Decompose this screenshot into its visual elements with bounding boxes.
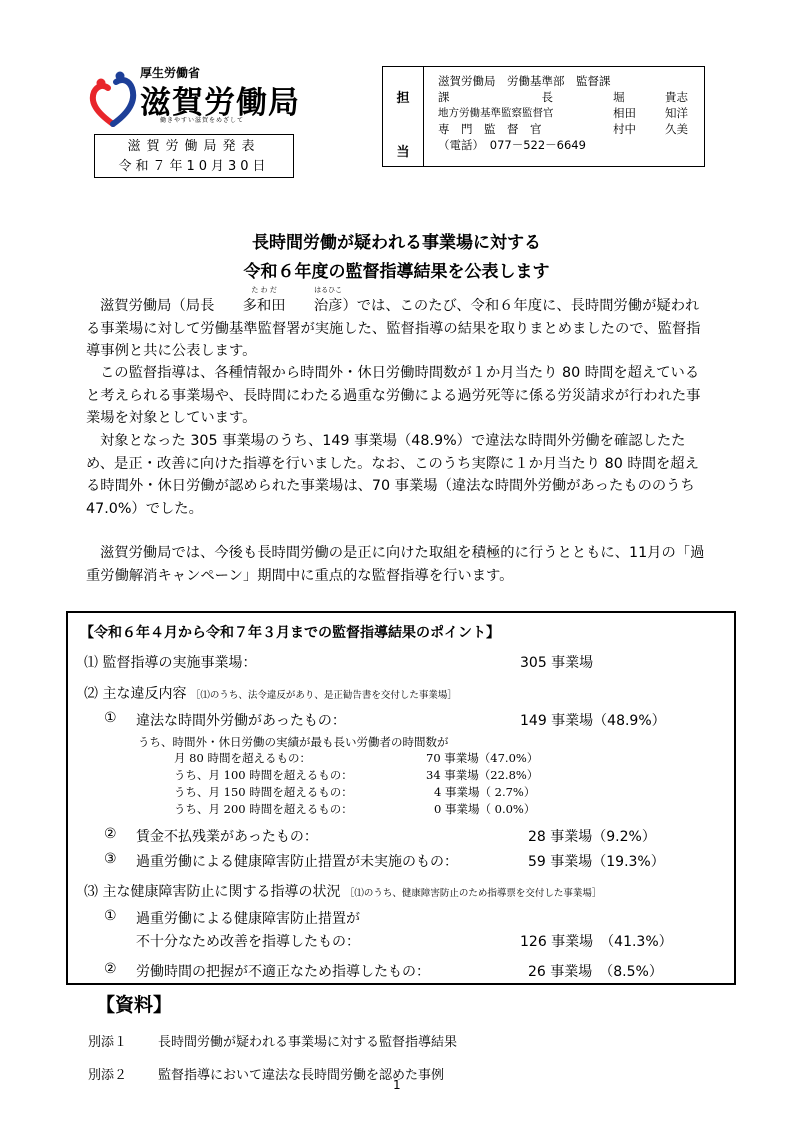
s2-sub-1-value: 70 事業場（47.0%）	[426, 750, 538, 766]
s2-sub-1-label: 月 80 時間を超えるもの：	[174, 750, 311, 766]
results-points-box: 【令和６年４月から令和７年３月までの監督指導結果のポイント】 ⑴ 監督指導の実施…	[66, 611, 736, 985]
s2-sub-2-label: うち、月 100 時間を超えるもの：	[174, 767, 353, 783]
materials-heading: 【資料】	[96, 990, 172, 1017]
contact-row: 課 長堀貴志	[438, 89, 688, 105]
s2-sub-3-label: うち、月 150 時間を超えるもの：	[174, 784, 353, 800]
s2-sub-4-label: うち、月 200 時間を超えるもの：	[174, 801, 353, 817]
paragraph-4: 滋賀労働局では、今後も長時間労働の是正に向けた取組を積極的に行うとともに、11月…	[86, 542, 708, 587]
press-date: 令和７年10月30日	[95, 157, 293, 177]
s2-item-3-label: 過重労働による健康障害防止措置が未実施のもの：	[136, 851, 458, 871]
contact-box: 担 当 滋賀労働局 労働基準部 監督課 課 長堀貴志 地方労働基準監察監督官相田…	[382, 66, 705, 167]
press-release-box: 滋賀労働局発表 令和７年10月30日	[94, 134, 294, 178]
s2-item-1-value: 149 事業場（48.9%）	[520, 710, 666, 730]
attachment-2-title: 監督指導において違法な長時間労働を認めた事例	[158, 1064, 444, 1083]
ruby-haruhiko: はるひこ	[300, 286, 343, 294]
contact-row: 地方労働基準監察監督官相田知洋	[438, 105, 688, 121]
s3-item-1-label-2: 不十分なため改善を指導したもの：	[136, 931, 360, 951]
page-number: 1	[393, 1078, 401, 1092]
attachment-1-title: 長時間労働が疑われる事業場に対する監督指導結果	[158, 1031, 457, 1050]
s2-item-3-value: 59 事業場（19.3%）	[528, 851, 665, 871]
ruby-tawada: た わ だ	[229, 286, 286, 294]
s3-item-1-value: 126 事業場 （41.3%）	[520, 931, 673, 951]
s3-item-1-num: ①	[104, 908, 117, 924]
s3-item-2-label: 労働時間の把握が不適正なため指導したもの：	[136, 961, 430, 981]
s3-note: ［⑴のうち、健康障害防止のため指導票を交付した事業場］	[345, 888, 602, 899]
paragraph-3: 対象となった 305 事業場のうち、149 事業場（48.9%）で違法な時間外労…	[86, 430, 708, 520]
s2-item-1-num: ①	[104, 710, 117, 726]
s2-label: ⑵ 主な違反内容 ［⑴のうち、法令違反があり、是正勧告書を交付した事業場］	[84, 683, 457, 703]
s2-item-2-num: ②	[104, 826, 117, 842]
s2-sub-3-value: 4 事業場（ 2.7%）	[434, 784, 535, 800]
s2-item-1-label: 違法な時間外労働があったもの：	[136, 710, 346, 730]
points-heading: 【令和６年４月から令和７年３月までの監督指導結果のポイント】	[80, 622, 500, 642]
s2-sub-4-value: 0 事業場（ 0.0%）	[434, 801, 535, 817]
attachment-2-id: 別添２	[88, 1064, 127, 1083]
paragraph-2: この監督指導は、各種情報から時間外・休日労働時間数が１か月当たり 80 時間を超…	[86, 362, 708, 430]
s1-label: ⑴ 監督指導の実施事業場：	[84, 652, 256, 672]
contact-row: 専 門 監 督 官村中久美	[438, 121, 688, 137]
s2-item-3-num: ③	[104, 851, 117, 867]
s2-note: ［⑴のうち、法令違反があり、是正勧告書を交付した事業場］	[191, 690, 457, 701]
s2-sub-2-value: 34 事業場（22.8%）	[426, 767, 538, 783]
s2-sub-intro: うち、時間外・休日労働の実績が最も長い労働者の時間数が	[138, 734, 449, 750]
logo-slogan: 働きやすい滋賀をめざして	[160, 115, 244, 124]
press-line-1: 滋賀労働局発表	[95, 137, 293, 157]
attachment-1-id: 別添１	[88, 1031, 127, 1050]
page-title-line-1: 長時間労働が疑われる事業場に対する	[0, 228, 793, 253]
s3-item-2-value: 26 事業場 （8.5%）	[528, 961, 663, 981]
paragraph-1: 滋賀労働局（局長 た わ だ多和田 はるひこ治彦）では、このたび、令和６年度に、…	[86, 295, 708, 363]
ministry-logo-icon	[88, 66, 138, 130]
s2-item-2-label: 賃金不払残業があったもの：	[136, 826, 318, 846]
s3-item-1-label-1: 過重労働による健康障害防止措置が	[136, 908, 360, 928]
s1-value: 305 事業場	[520, 652, 593, 672]
s3-label: ⑶ 主な健康障害防止に関する指導の状況 ［⑴のうち、健康障害防止のため指導票を交…	[84, 881, 601, 901]
contact-dept: 滋賀労働局 労働基準部 監督課	[438, 73, 688, 89]
contact-label: 担 当	[383, 67, 424, 166]
s3-item-2-num: ②	[104, 961, 117, 977]
s2-item-2-value: 28 事業場（9.2%）	[528, 826, 656, 846]
contact-phone: （電話） 077－522－6649	[438, 137, 688, 153]
page-title-line-2: 令和６年度の監督指導結果を公表します	[0, 257, 793, 282]
